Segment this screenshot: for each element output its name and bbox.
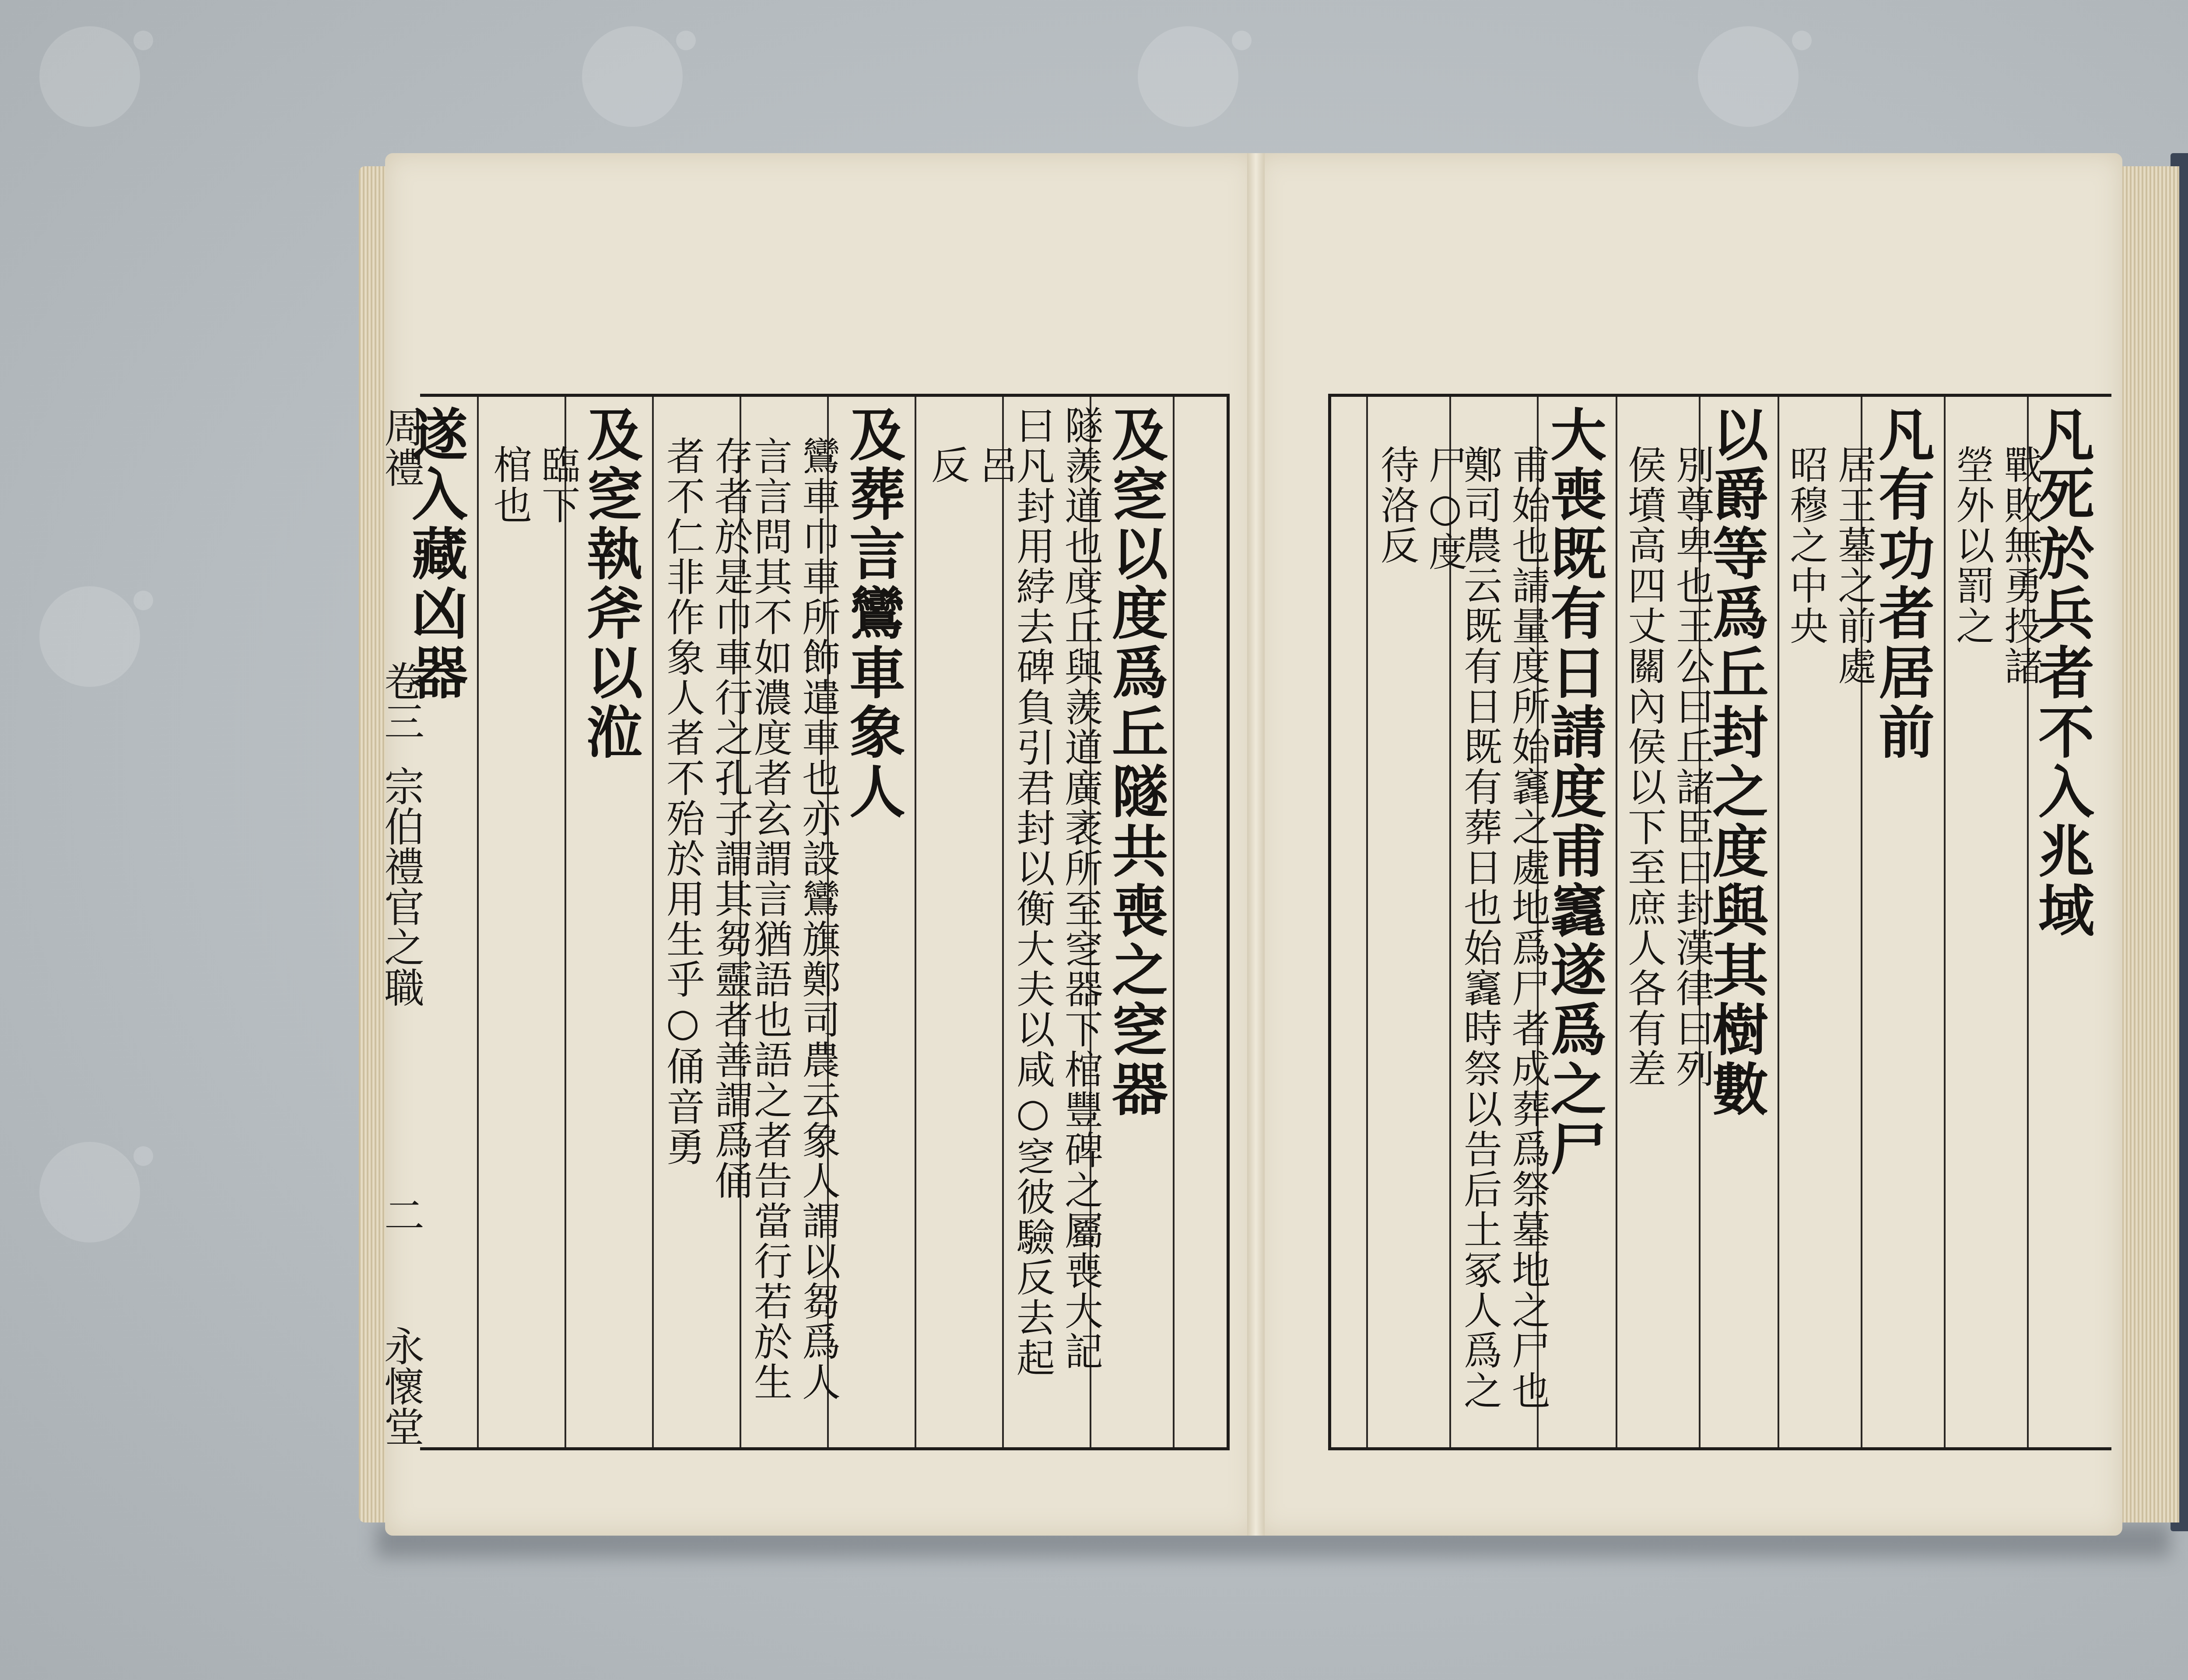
commentary-line: 隧羨道也度丘與羨道廣袤所至窆器下棺豐碑之屬喪大記 xyxy=(1059,406,1104,1372)
commentary-line: 曰凡封用綍去碑負引君封以衡大夫以咸○窆彼驗反去起 xyxy=(1010,406,1055,1378)
main-text-column: 及葬言鸞車象人 xyxy=(845,406,901,822)
commentary-column: 存者於是巾車行之孔子謂其芻靈者善謂爲俑 者不仁非作象人者不殆於用生乎○俑音勇 xyxy=(659,436,755,1201)
watermark-logo-icon xyxy=(582,26,683,127)
commentary-column: 戰敗無勇投諸 塋外以罰之 xyxy=(1948,445,2044,686)
page-margin-section: 宗伯禮官之職 xyxy=(372,766,430,1007)
commentary-line: 鸞車巾車所飾遣車也亦設鸞旗鄭司農云象人謂以芻爲人 xyxy=(796,436,841,1402)
commentary-line: 別尊卑也王公曰丘諸臣曰封漢律曰列 xyxy=(1670,445,1715,1089)
commentary-column: 隧羨道也度丘與羨道廣袤所至窆器下棺豐碑之屬喪大記 曰凡封用綍去碑負引君封以衡大夫… xyxy=(1009,406,1105,1378)
commentary-column: 臨下 棺也 xyxy=(486,445,582,525)
right-page-frame: 凡死於兵者不入兆域 戰敗無勇投諸 塋外以罰之 凡有功者居前 居王墓之前處 昭穆之… xyxy=(1328,394,2111,1450)
page-margin-hall: 永懷堂 xyxy=(372,1326,430,1446)
watermark-logo-icon xyxy=(1698,26,1799,127)
left-page-frame: 及窆以度爲丘隧共喪之窆器 隧羨道也度丘與羨道廣袤所至窆器下棺豐碑之屬喪大記 曰凡… xyxy=(420,394,1230,1450)
commentary-line: 甫始也請量度所始竁之處地爲尸者成葬爲祭墓地之尸也 xyxy=(1506,445,1551,1411)
commentary-line: 塋外以罰之 xyxy=(1950,445,1995,646)
commentary-line: 待洛反 xyxy=(1375,445,1420,566)
commentary-line: 呂 xyxy=(973,445,1018,485)
commentary-column: 尸○度 待洛反 xyxy=(1373,445,1469,572)
commentary-line: 反 xyxy=(925,445,970,485)
right-page-stack xyxy=(2118,166,2179,1522)
main-text-column: 及窆以度爲丘隧共喪之窆器 xyxy=(1107,406,1163,1120)
page-margin-number: 二 xyxy=(372,1194,430,1235)
open-book: 及窆以度爲丘隧共喪之窆器 隧羨道也度丘與羨道廣袤所至窆器下棺豐碑之屬喪大記 曰凡… xyxy=(359,144,2188,1540)
commentary-line: 尸○度 xyxy=(1423,445,1468,572)
commentary-column: 呂 反 xyxy=(923,445,1020,485)
commentary-column: 居王墓之前處 昭穆之中央 xyxy=(1782,445,1878,686)
watermark-logo-icon xyxy=(39,1142,140,1242)
page-margin-volume: 卷三 xyxy=(372,661,430,741)
commentary-column: 別尊卑也王公曰丘諸臣曰封漢律曰列 侯墳高四丈關內侯以下至庶人各有差 xyxy=(1620,445,1716,1089)
commentary-line: 臨下 xyxy=(536,445,581,525)
commentary-line: 侯墳高四丈關內侯以下至庶人各有差 xyxy=(1622,445,1667,1089)
commentary-line: 者不仁非作象人者不殆於用生乎○俑音勇 xyxy=(660,436,705,1167)
main-text-column: 大喪既有日請度甫竁遂爲之尸 xyxy=(1546,406,1602,1179)
commentary-line: 棺也 xyxy=(487,445,533,525)
commentary-line: 昭穆之中央 xyxy=(1784,445,1829,646)
watermark-logo-icon xyxy=(39,586,140,687)
commentary-column: 甫始也請量度所始竁之處地爲尸者成葬爲祭墓地之尸也 鄭司農云既有日既有葬日也始竁時… xyxy=(1456,445,1552,1411)
commentary-line: 存者於是巾車行之孔子謂其芻靈者善謂爲俑 xyxy=(708,436,754,1201)
main-text-column: 及窆執斧以涖 xyxy=(582,406,638,763)
commentary-column: 鸞車巾車所飾遣車也亦設鸞旗鄭司農云象人謂以芻爲人 言言問其不如濃度者玄謂言猶語也… xyxy=(746,436,842,1402)
watermark-logo-icon xyxy=(1138,26,1238,127)
page-margin-title: 周禮 xyxy=(372,407,430,487)
book-gutter xyxy=(1247,153,1265,1536)
watermark-logo-icon xyxy=(39,26,140,127)
commentary-line: 居王墓之前處 xyxy=(1832,445,1877,686)
main-text-column: 凡有功者居前 xyxy=(1874,406,1930,763)
commentary-line: 鄭司農云既有日既有葬日也始竁時祭以告后土冢人爲之 xyxy=(1458,445,1503,1411)
commentary-line: 戰敗無勇投諸 xyxy=(1998,445,2043,686)
